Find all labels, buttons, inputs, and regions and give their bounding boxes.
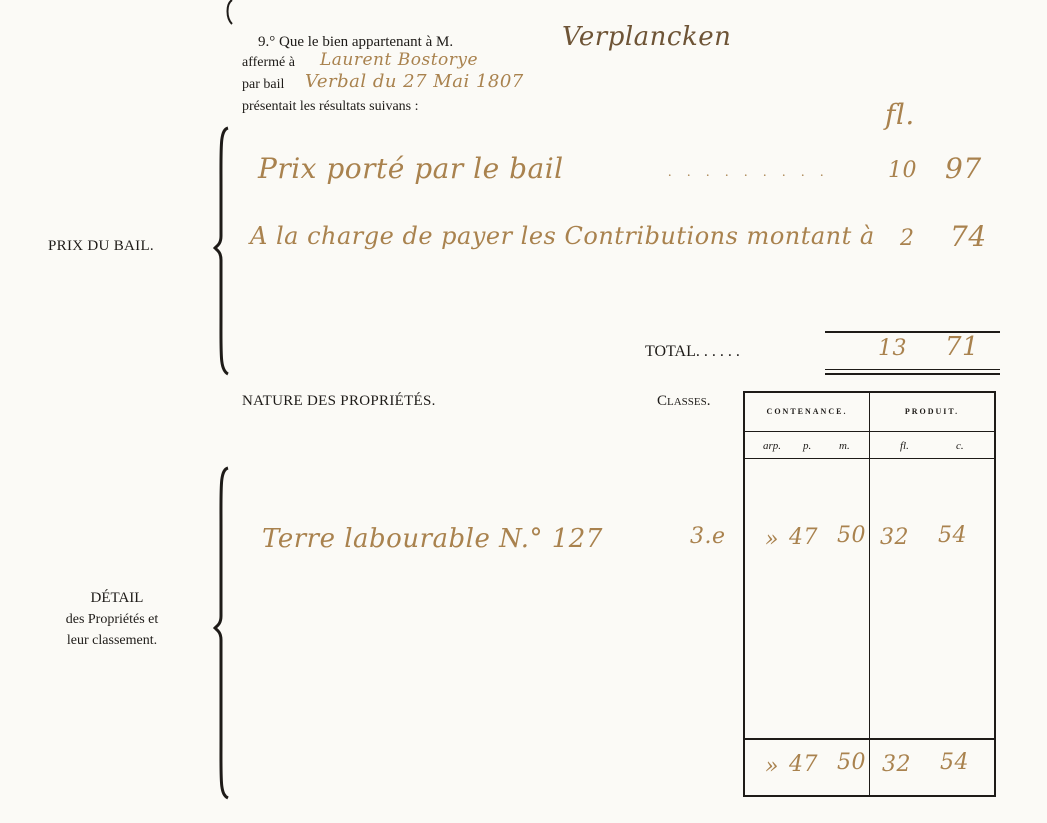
- classes-header: Classes.: [657, 393, 711, 410]
- lease-row-1-florins: 10: [888, 158, 917, 183]
- total-c: 54: [940, 750, 969, 775]
- contenance-total: » 47 50: [744, 739, 870, 797]
- property-row-1-classe: 3.e: [690, 524, 726, 549]
- row-1-fl: 32: [880, 525, 909, 550]
- total-arp: »: [765, 754, 779, 779]
- col-header-produit: PRODUIT.: [870, 392, 996, 432]
- contenance-body: » 47 50: [744, 459, 870, 739]
- lease-row-1-cents: 97: [945, 152, 982, 185]
- total-bottom-double-rule: [825, 369, 1000, 375]
- sub-header-p: p.: [803, 440, 811, 452]
- lease-detail: Verbal du 27 Mai 1807: [305, 71, 524, 92]
- leased-to-label: affermé à: [242, 55, 295, 71]
- row-1-c: 54: [938, 523, 967, 548]
- col-header-contenance: CONTENANCE.: [744, 392, 870, 432]
- produit-total: 32 54: [870, 739, 996, 797]
- item-label: 9.° Que le bien appartenant à M.: [258, 34, 453, 51]
- total-p: 47: [789, 752, 818, 777]
- total-cents: 71: [945, 332, 979, 362]
- sub-header-arp: arp.: [763, 440, 781, 452]
- brace-lease-price: [212, 126, 234, 376]
- lease-row-1-leader: . . . . . . . . .: [668, 165, 830, 181]
- lease-row-2-florins: 2: [900, 226, 915, 251]
- detail-label-line3: leur classement.: [12, 633, 212, 649]
- brace-property-detail: [212, 466, 234, 800]
- lease-row-2-description: A la charge de payer les Contributions m…: [250, 222, 875, 250]
- total-label: TOTAL. . . . . .: [645, 343, 740, 361]
- sub-header-c: c.: [956, 440, 964, 452]
- property-row-1-nature: Terre labourable N.° 127: [262, 524, 603, 554]
- sub-header-fl: fl.: [900, 440, 909, 452]
- owner-name: Verplancken: [562, 22, 731, 52]
- lease-row-2-cents: 74: [950, 220, 987, 253]
- detail-label-line2: des Propriétés et: [12, 612, 212, 628]
- currency-unit: fl.: [885, 98, 915, 131]
- lease-row-1-description: Prix porté par le bail: [258, 152, 564, 185]
- row-1-p: 47: [789, 525, 818, 550]
- brace-top-fragment: [218, 0, 238, 26]
- contenance-produit-table: CONTENANCE. PRODUIT. arp. p. m. fl. c. »…: [743, 391, 996, 797]
- sub-header-m: m.: [839, 440, 850, 452]
- lease-price-section-label: PRIX DU BAIL.: [48, 238, 154, 255]
- detail-label-line1: DÉTAIL: [72, 590, 162, 607]
- total-fl: 32: [882, 752, 911, 777]
- total-m: 50: [837, 750, 866, 775]
- row-1-m: 50: [837, 523, 866, 548]
- sub-header-contenance: arp. p. m.: [744, 432, 870, 459]
- produit-body: 32 54: [870, 459, 996, 739]
- sub-header-produit: fl. c.: [870, 432, 996, 459]
- row-1-arp: »: [765, 527, 779, 552]
- nature-header: NATURE DES PROPRIÉTÉS.: [242, 393, 436, 410]
- tenant-name: Laurent Bostorye: [320, 50, 478, 70]
- results-label: présentait les résultats suivans :: [242, 99, 419, 115]
- total-florins: 13: [878, 336, 907, 361]
- lease-label: par bail: [242, 77, 284, 93]
